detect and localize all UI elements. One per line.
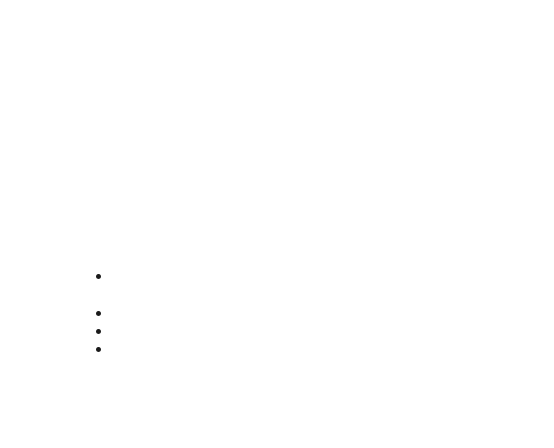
bullet-icon [96, 347, 101, 352]
bullet-icon [96, 329, 101, 334]
bullet-icon [96, 274, 101, 279]
bullet-icon [96, 311, 101, 316]
section-heading [34, 3, 48, 18]
